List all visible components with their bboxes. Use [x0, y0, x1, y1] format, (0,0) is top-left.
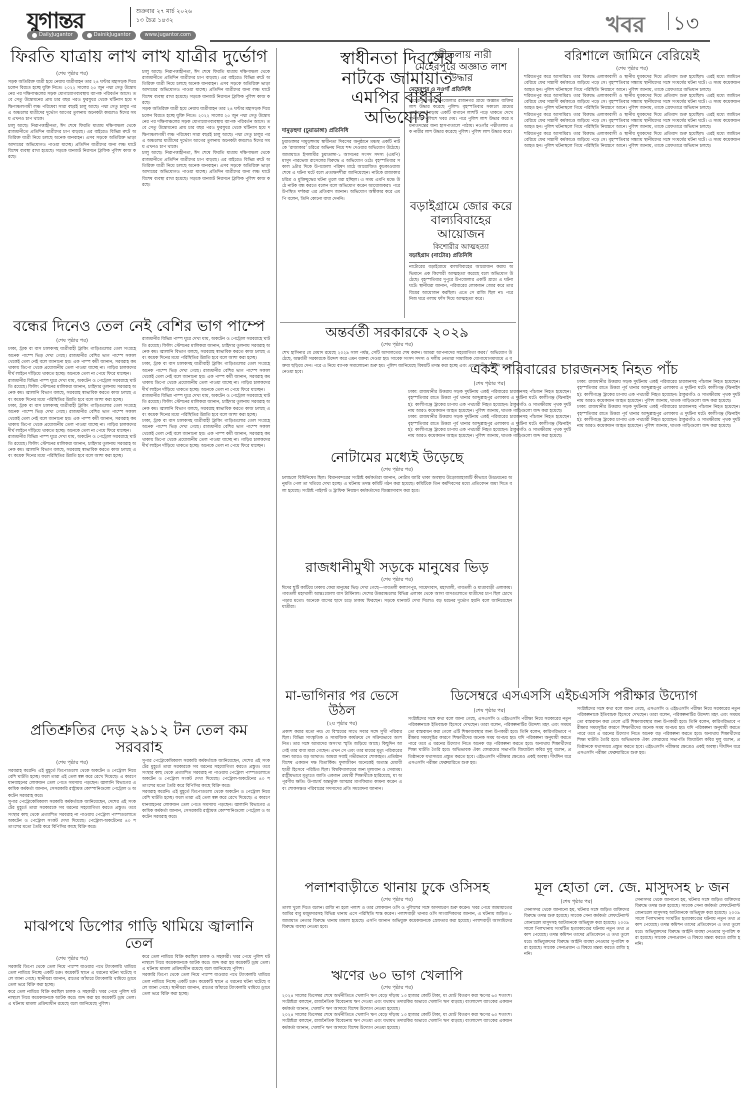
headline[interactable]: বড়াইগ্রামে জোর করে বাল্যবিবাহের আয়োজন: [409, 200, 513, 241]
article-body: চালু আছে। নিরাপত্তাহীনতা, ঈদ শেষে ফিরতি …: [142, 70, 270, 108]
headline[interactable]: বন্ধের দিনেও তেল নেই বেশির ভাগ পাম্পে: [8, 318, 270, 335]
article-depot-fuel: মাঝপথে ডিপোর গাড়ি থামিয়ে জ্বালানি তেল …: [8, 918, 270, 1009]
article-body: প্রকাশ করার মতো নয়। যে বিস্ময়ের সাথে স…: [282, 730, 402, 793]
article-body: ঢাকা: রাজধানীর উত্তরায় সড়ক দুর্ঘটনায় …: [408, 390, 571, 415]
article-body: সংশ্লিষ্টদের সঙ্গে কথা বলে জানা গেছে, এস…: [408, 717, 571, 767]
article-child-marriage: বড়াইগ্রামে জোর করে বাল্যবিবাহের আয়োজন …: [409, 200, 513, 303]
headline[interactable]: পলাশবাড়ীতে থানায় ঢুকে ওসিসহ: [282, 880, 512, 896]
date-bangla: ১৩ চৈত্র ১৪৩২: [136, 16, 192, 25]
facebook-icon: [87, 33, 92, 38]
headline[interactable]: অন্তর্বর্তী সরকারকে ২০২৯: [282, 325, 512, 341]
headline[interactable]: বরিশালে জামিনে বেরিয়েই: [524, 50, 740, 65]
article-body: ২০২৪ সালের ডিসেম্বর শেষে অর্থনীতিতে খেলা…: [282, 994, 512, 1013]
masthead: যুগান্তর শুক্রবার ২৭ মার্চ ২০২৬ ১৩ চৈত্র…: [0, 0, 748, 44]
article-notam: নোটামের মধ্যেই উড়েছে (শেষ পৃষ্ঠার পর) চ…: [282, 450, 512, 495]
headline[interactable]: নোটামের মধ্যেই উড়েছে: [282, 450, 512, 466]
article-body: চলাচলে বিধিনিষেধ ছিল। বিমানবন্দরের সংশ্ল…: [282, 476, 512, 495]
continued-label: (শেষ পৃষ্ঠার পর): [8, 71, 136, 79]
section-title: খবর: [606, 8, 645, 45]
column-divider: [276, 48, 277, 1088]
page-number: ১৩: [673, 9, 699, 42]
article-mother-nephew: মা-ভাগিনার পর ভেসে উঠল (২য় পৃষ্ঠার পর) …: [282, 690, 402, 793]
article-body: শরিয়তপুর করে আসামিরা। তার বিরুদ্ধে এলাক…: [524, 75, 740, 94]
article-body: নাটোরের বড়াইগ্রামে বাল্যবিবাহের আয়োজন …: [409, 265, 513, 303]
article-body: মেহেরপুর সদর উপজেলার রাজনগর গ্রামে অজ্ঞা…: [409, 99, 513, 137]
article-body: সুপার পেট্রোকেমিক্যাল সরকারি কর্মকর্তাকে…: [142, 759, 270, 790]
article-body: সেনাসদর থেকে জানানো হয়, ঘটনার সঙ্গে জড়…: [635, 898, 740, 948]
article-body: ঈদের ছুটি কাটিয়ে ঢাকায় ফেরা মানুষের ভি…: [282, 586, 512, 611]
headline[interactable]: মূল হোতা লে. জে. মাসুদসহ ৮ জন: [524, 880, 740, 896]
twitter-link[interactable]: DailyJugantor: [27, 31, 78, 40]
headline[interactable]: মাঝপথে ডিপোর গাড়ি থামিয়ে জ্বালানি তেল: [8, 918, 270, 953]
article-barishal-bail: বরিশালে জামিনে বেরিয়েই (শেষ পৃষ্ঠার পর)…: [524, 50, 740, 151]
byline: দামুড়হুদা (চুয়াডাঙ্গা) প্রতিনিধি: [282, 128, 400, 138]
section-divider: [668, 12, 669, 30]
article-body: ঢাকা: রাজধানীর উত্তরায় সড়ক দুর্ঘটনায় …: [577, 380, 740, 405]
article-default-loan: ঋণের ৬০ ভাগ খেলাপি (শেষ পৃষ্ঠার পর) ২০২৪…: [282, 968, 512, 1032]
article-body: তালা খুলে দিতে বলেন। রাজি না হলে পলাশ ও …: [282, 906, 512, 931]
headline[interactable]: রাজধানীমুখী সড়কে মানুষের ভিড়: [282, 560, 512, 576]
byline: বড়াইগ্রাম (নাটোর) প্রতিনিধি: [409, 253, 513, 263]
article-body: ঢাকা, ট্রাক বা বাস চালকসহ যাত্রীবাহী ট্র…: [8, 347, 136, 378]
article-fitri-jatra: ফিরতি যাত্রায় লাখ লাখ যাত্রীর দুর্ভোগ (…: [8, 48, 270, 189]
headline[interactable]: ডিসেম্বরে এসএসসি এইচএসসি পরীক্ষার উদ্যোগ: [408, 690, 740, 705]
article-meherpur-body: পল্লীতলায় নারী মেহেরপুরে অজ্ঞাত লাশ উদ্…: [409, 50, 513, 136]
article-body: সড়ক অতিরিক্ত যাত্রী হয়ে নেয়ায় যাত্রী…: [8, 80, 136, 124]
headline[interactable]: মা-ভাগিনার পর ভেসে উঠল: [282, 690, 402, 720]
article-capital-road: রাজধানীমুখী সড়কে মানুষের ভিড় (শেষ পৃষ্…: [282, 560, 512, 611]
website-link[interactable]: www.jugantor.com: [140, 31, 196, 40]
article-body: করে তেল নামিয়ে বিক্রি করছিল চালক ও সহকা…: [142, 955, 270, 974]
headline[interactable]: পল্লীতলায় নারী মেহেরপুরে অজ্ঞাত লাশ উদ্…: [409, 50, 513, 85]
headline[interactable]: ঋণের ৬০ ভাগ খেলাপি: [282, 968, 512, 984]
article-oil-supply: প্রতিশ্রুতির দেড় ২৯১২ টন তেল কম সরবরাহ …: [8, 722, 270, 831]
article-family-accident: একই পরিবারের চারজনসহ নিহত পাঁচ (শেষ পৃষ্…: [408, 362, 740, 440]
headline[interactable]: প্রতিশ্রুতির দেড় ২৯১২ টন তেল কম সরবরাহ: [8, 722, 270, 757]
byline: মেহেরপুর ও নওগাঁ প্রতিনিধি: [409, 87, 513, 97]
article-body: সরকারি ডিপো থেকে তেল নিয়ে পাম্পে যাওয়া…: [8, 965, 136, 990]
subheadline: কিশোরীর আত্মহত্যা: [409, 241, 513, 253]
article-pump-oil: বন্ধের দিনেও তেল নেই বেশির ভাগ পাম্পে (শ…: [8, 318, 270, 461]
article-exam-initiative: ডিসেম্বরে এসএসসি এইচএসসি পরীক্ষার উদ্যোগ…: [408, 690, 740, 767]
article-body: সরবরাহ করেনি। এই মুহূর্তে ডিপোগুলো থেকে …: [8, 769, 136, 800]
article-palashbari-police: পলাশবাড়ীতে থানায় ঢুকে ওসিসহ (শেষ পৃষ্ঠ…: [282, 880, 512, 931]
twitter-icon: [32, 33, 37, 38]
logo-divider: [130, 7, 131, 27]
article-body: সেনাসদর থেকে জানানো হয়, ঘটনার সঙ্গে জড়…: [524, 908, 629, 958]
facebook-link[interactable]: DainikJugantor: [82, 31, 136, 40]
headline[interactable]: একই পরিবারের চারজনসহ নিহত পাঁচ: [408, 362, 740, 378]
article-body: সংশ্লিষ্টদের সঙ্গে কথা বলে জানা গেছে, এস…: [577, 707, 740, 757]
date-block: শুক্রবার ২৭ মার্চ ২০২৬ ১৩ চৈত্র ১৪৩২: [136, 7, 192, 25]
article-body: চুয়াডাঙ্গার দামুড়হুদায় স্বাধীনতা দিবস…: [282, 140, 400, 203]
article-masud-eight: মূল হোতা লে. জে. মাসুদসহ ৮ জন (শেষ পৃষ্ঠ…: [524, 880, 740, 958]
date-gregorian: শুক্রবার ২৭ মার্চ ২০২৬: [136, 7, 192, 16]
headline[interactable]: ফিরতি যাত্রায় লাখ লাখ যাত্রীর দুর্ভোগ: [8, 48, 270, 68]
social-links: DailyJugantor DainikJugantor www.juganto…: [27, 31, 196, 40]
section-rule: [280, 322, 516, 323]
article-body: রাজধানীর বিভিন্ন পাম্প ঘুরে দেখা যায়, অ…: [142, 337, 270, 362]
